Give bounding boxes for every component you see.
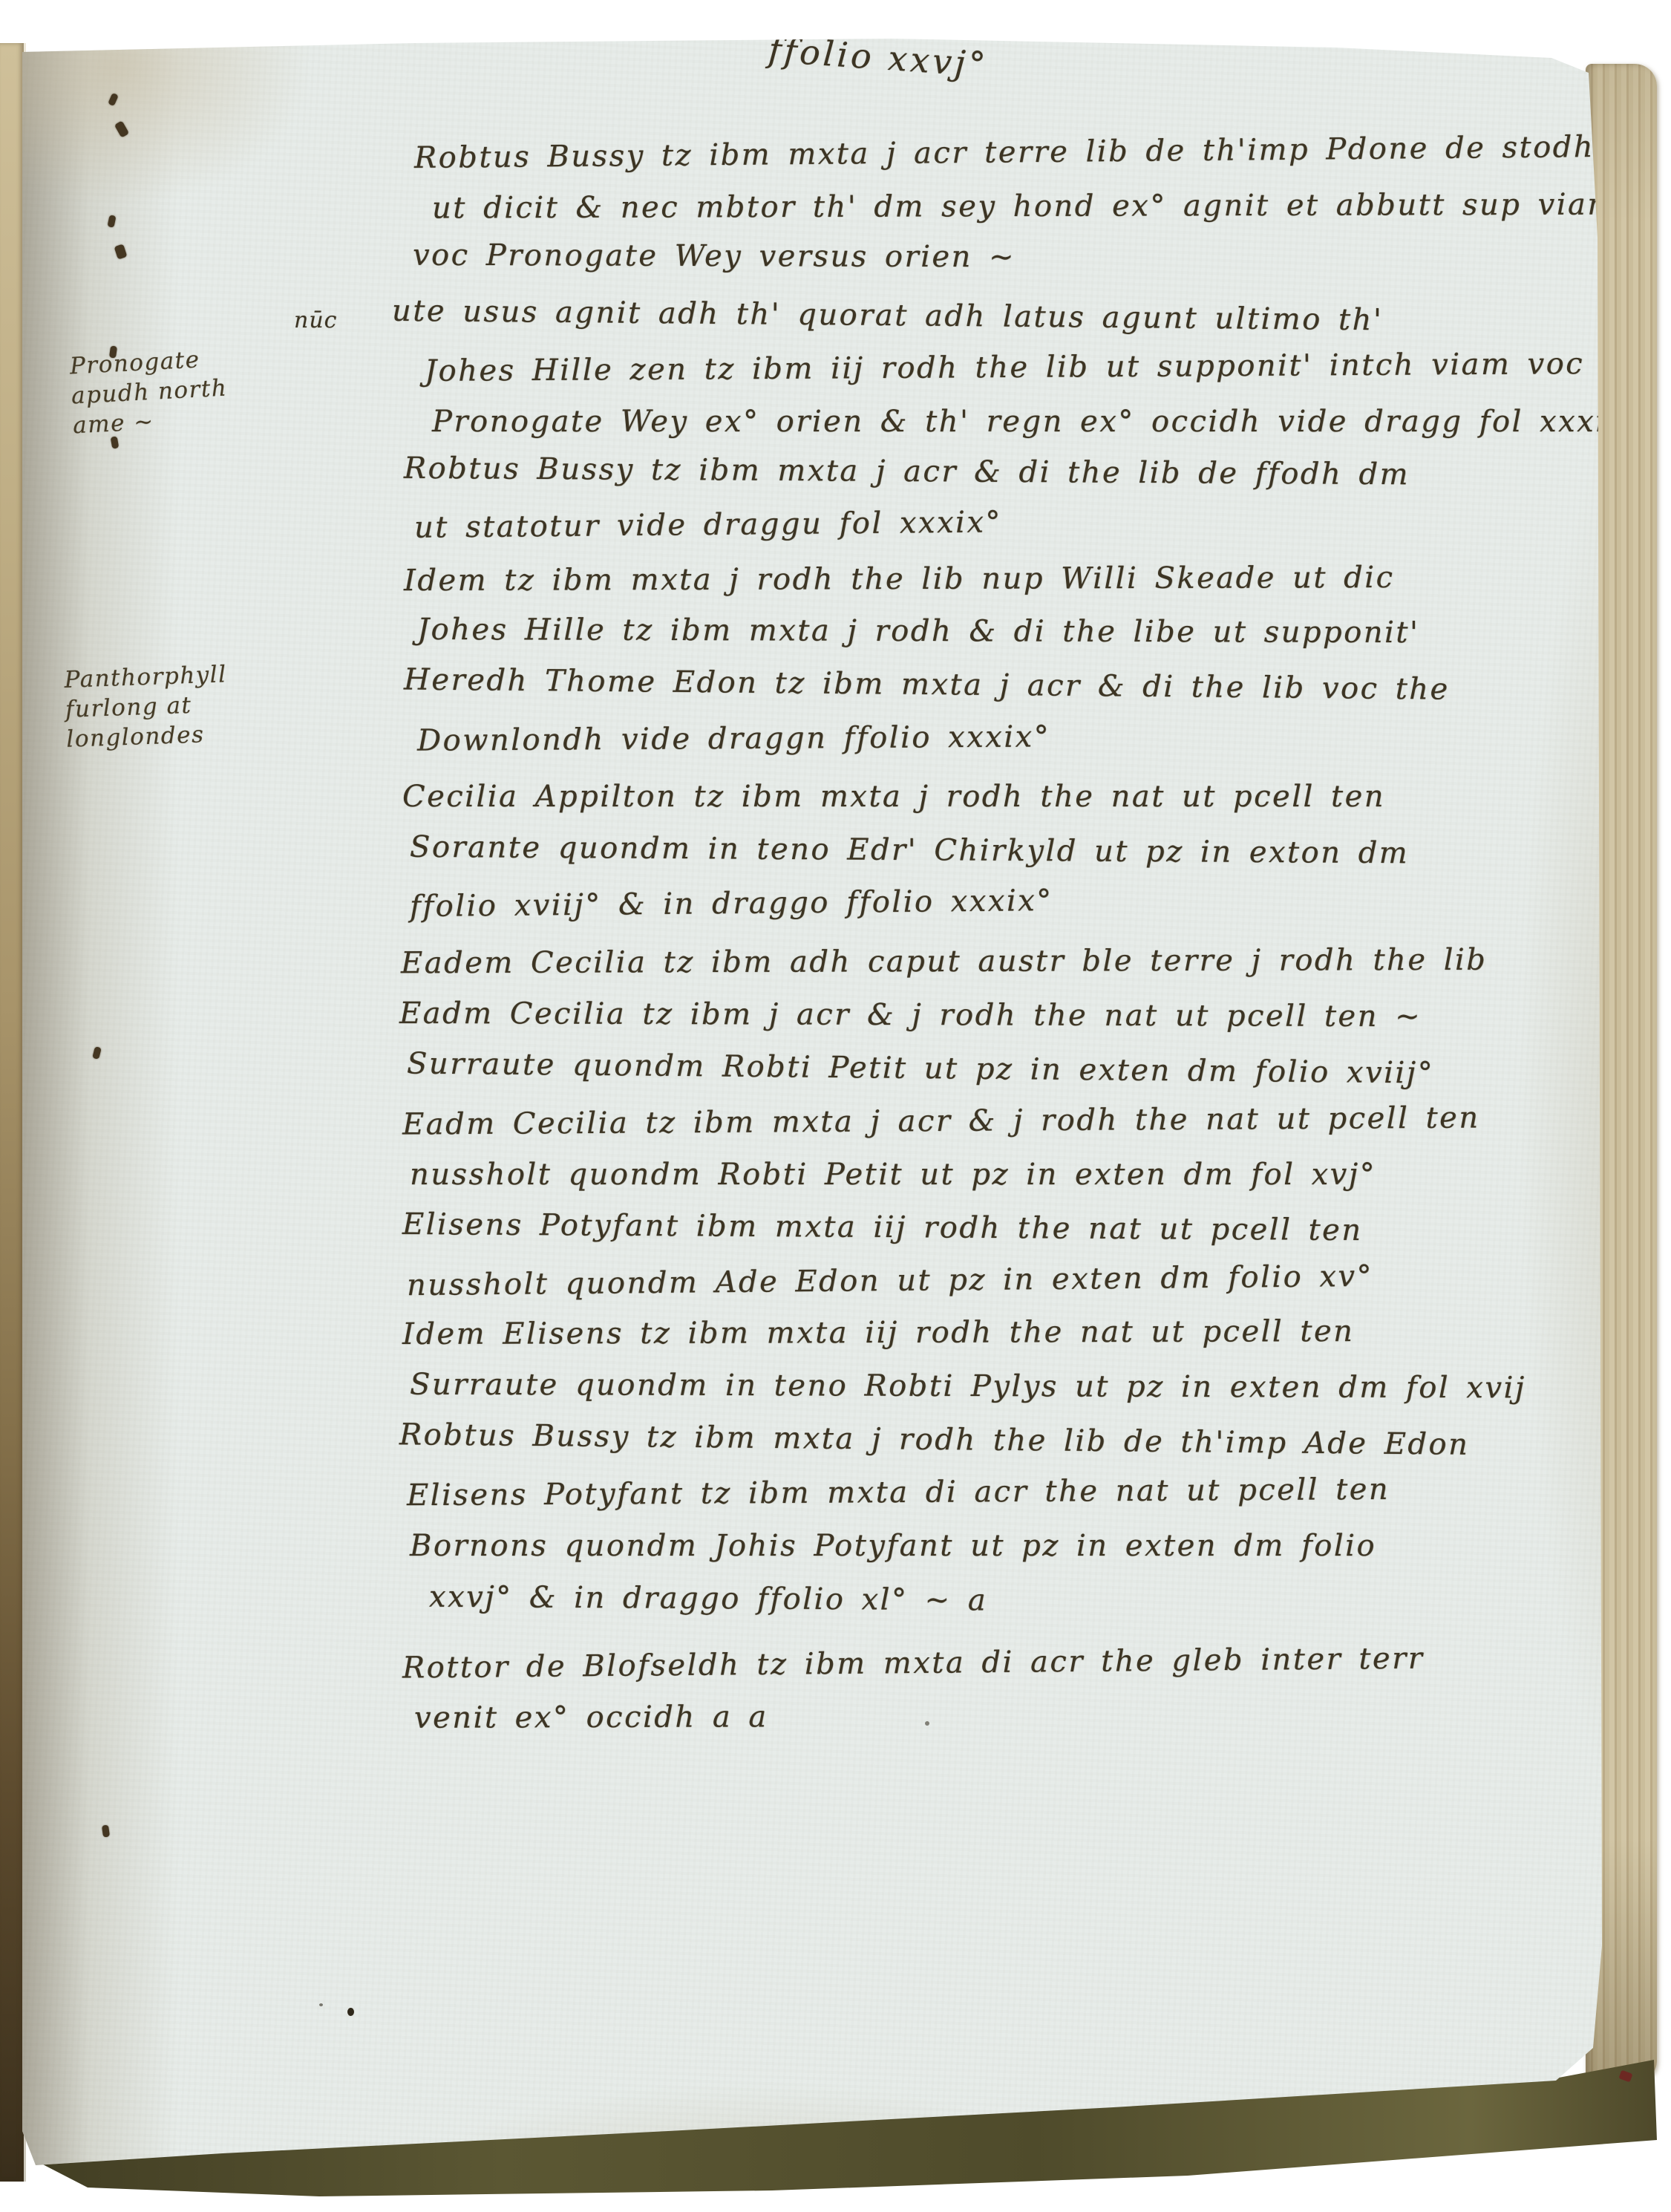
manuscript-line: ut statotur vide draggu fol xxxix° <box>414 505 1002 544</box>
manuscript-line: Pronogate Wey ex° orien & th' regn ex° o… <box>432 405 1626 439</box>
manuscript-line: ut dicit & nec mbtor th' dm sey hond ex°… <box>432 187 1618 225</box>
manuscript-line: Heredh Thome Edon tz ibm mxta j acr & di… <box>404 662 1450 706</box>
manuscript-line: Eadm Cecilia tz ibm mxta j acr & j rodh … <box>402 1100 1480 1141</box>
manuscript-line: Johes Hille tz ibm mxta j rodh & di the … <box>417 613 1420 650</box>
folio-heading: ffolio xxvj° <box>767 30 990 85</box>
manuscript-line: ute usus agnit adh th' quorat adh latus … <box>392 294 1384 338</box>
margin-note-line: Panthorphyll <box>64 659 227 695</box>
manuscript-line: Johes Hille zen tz ibm iij rodh the lib … <box>425 347 1584 388</box>
manuscript-line: Surraute quondm in teno Robti Pylys ut p… <box>410 1368 1526 1406</box>
manuscript-page: ffolio xxvj° nūc Pronogate apudh north a… <box>0 0 1671 2212</box>
manuscript-line: Rottor de Blofseldh tz ibm mxta di acr t… <box>402 1642 1425 1686</box>
manuscript-line: Robtus Bussy tz ibm mxta j acr terre lib… <box>414 129 1662 175</box>
manuscript-line: Sorante quondm in teno Edr' Chirkyld ut … <box>410 830 1409 870</box>
manuscript-line: venit ex° occidh a a <box>414 1700 768 1735</box>
manuscript-line: nussholt quondm Ade Edon ut pz in exten … <box>407 1259 1373 1302</box>
margin-note-pronogate: Pronogate apudh north ame ~ <box>69 344 229 441</box>
interlinear-note: nūc <box>294 307 337 333</box>
manuscript-line: Downlondh vide draggn ffolio xxxix° <box>417 720 1050 757</box>
manuscript-line: voc Pronogate Wey versus orien ~ <box>413 238 1016 275</box>
ink-speck <box>925 1721 929 1726</box>
margin-note-panthorphyll: Panthorphyll furlong at longlondes <box>64 659 229 754</box>
sewing-hole <box>107 215 116 228</box>
manuscript-line: xxvj° & in draggo ffolio xl° ~ a <box>429 1580 988 1618</box>
ink-speck <box>347 2008 354 2016</box>
sewing-hole <box>102 1824 110 1837</box>
sewing-hole <box>114 244 128 259</box>
manuscript-photo: ffolio xxvj° nūc Pronogate apudh north a… <box>0 0 1671 2212</box>
manuscript-line: Robtus Bussy tz ibm mxta j rodh the lib … <box>399 1417 1470 1462</box>
manuscript-line: Idem Elisens tz ibm mxta iij rodh the na… <box>402 1314 1355 1351</box>
ink-speck <box>319 2003 323 2006</box>
manuscript-line: Eadem Cecilia tz ibm adh caput austr ble… <box>401 943 1487 981</box>
manuscript-line: Robtus Bussy tz ibm mxta j acr & di the … <box>404 451 1410 492</box>
manuscript-line: Elisens Potyfant ibm mxta iij rodh the n… <box>402 1207 1363 1247</box>
sewing-hole <box>114 120 129 137</box>
manuscript-line: Surraute quondm Robti Petit ut pz in ext… <box>407 1046 1434 1090</box>
manuscript-line: ffolio xviij° & in draggo ffolio xxxix° <box>410 884 1053 924</box>
manuscript-line: nussholt quondm Robti Petit ut pz in ext… <box>410 1158 1376 1192</box>
manuscript-line: Idem tz ibm mxta j rodh the lib nup Will… <box>404 561 1395 598</box>
sewing-hole <box>108 93 119 106</box>
manuscript-line: Elisens Potyfant tz ibm mxta di acr the … <box>407 1472 1390 1513</box>
book-spine-edge <box>0 43 26 2182</box>
manuscript-line: Eadm Cecilia tz ibm j acr & j rodh the n… <box>399 996 1422 1034</box>
margin-note-line: longlondes <box>66 719 229 754</box>
manuscript-line: Cecilia Appilton tz ibm mxta j rodh the … <box>402 780 1385 814</box>
sewing-hole <box>92 1046 102 1060</box>
manuscript-line: Bornons quondm Johis Potyfant ut pz in e… <box>410 1529 1376 1563</box>
